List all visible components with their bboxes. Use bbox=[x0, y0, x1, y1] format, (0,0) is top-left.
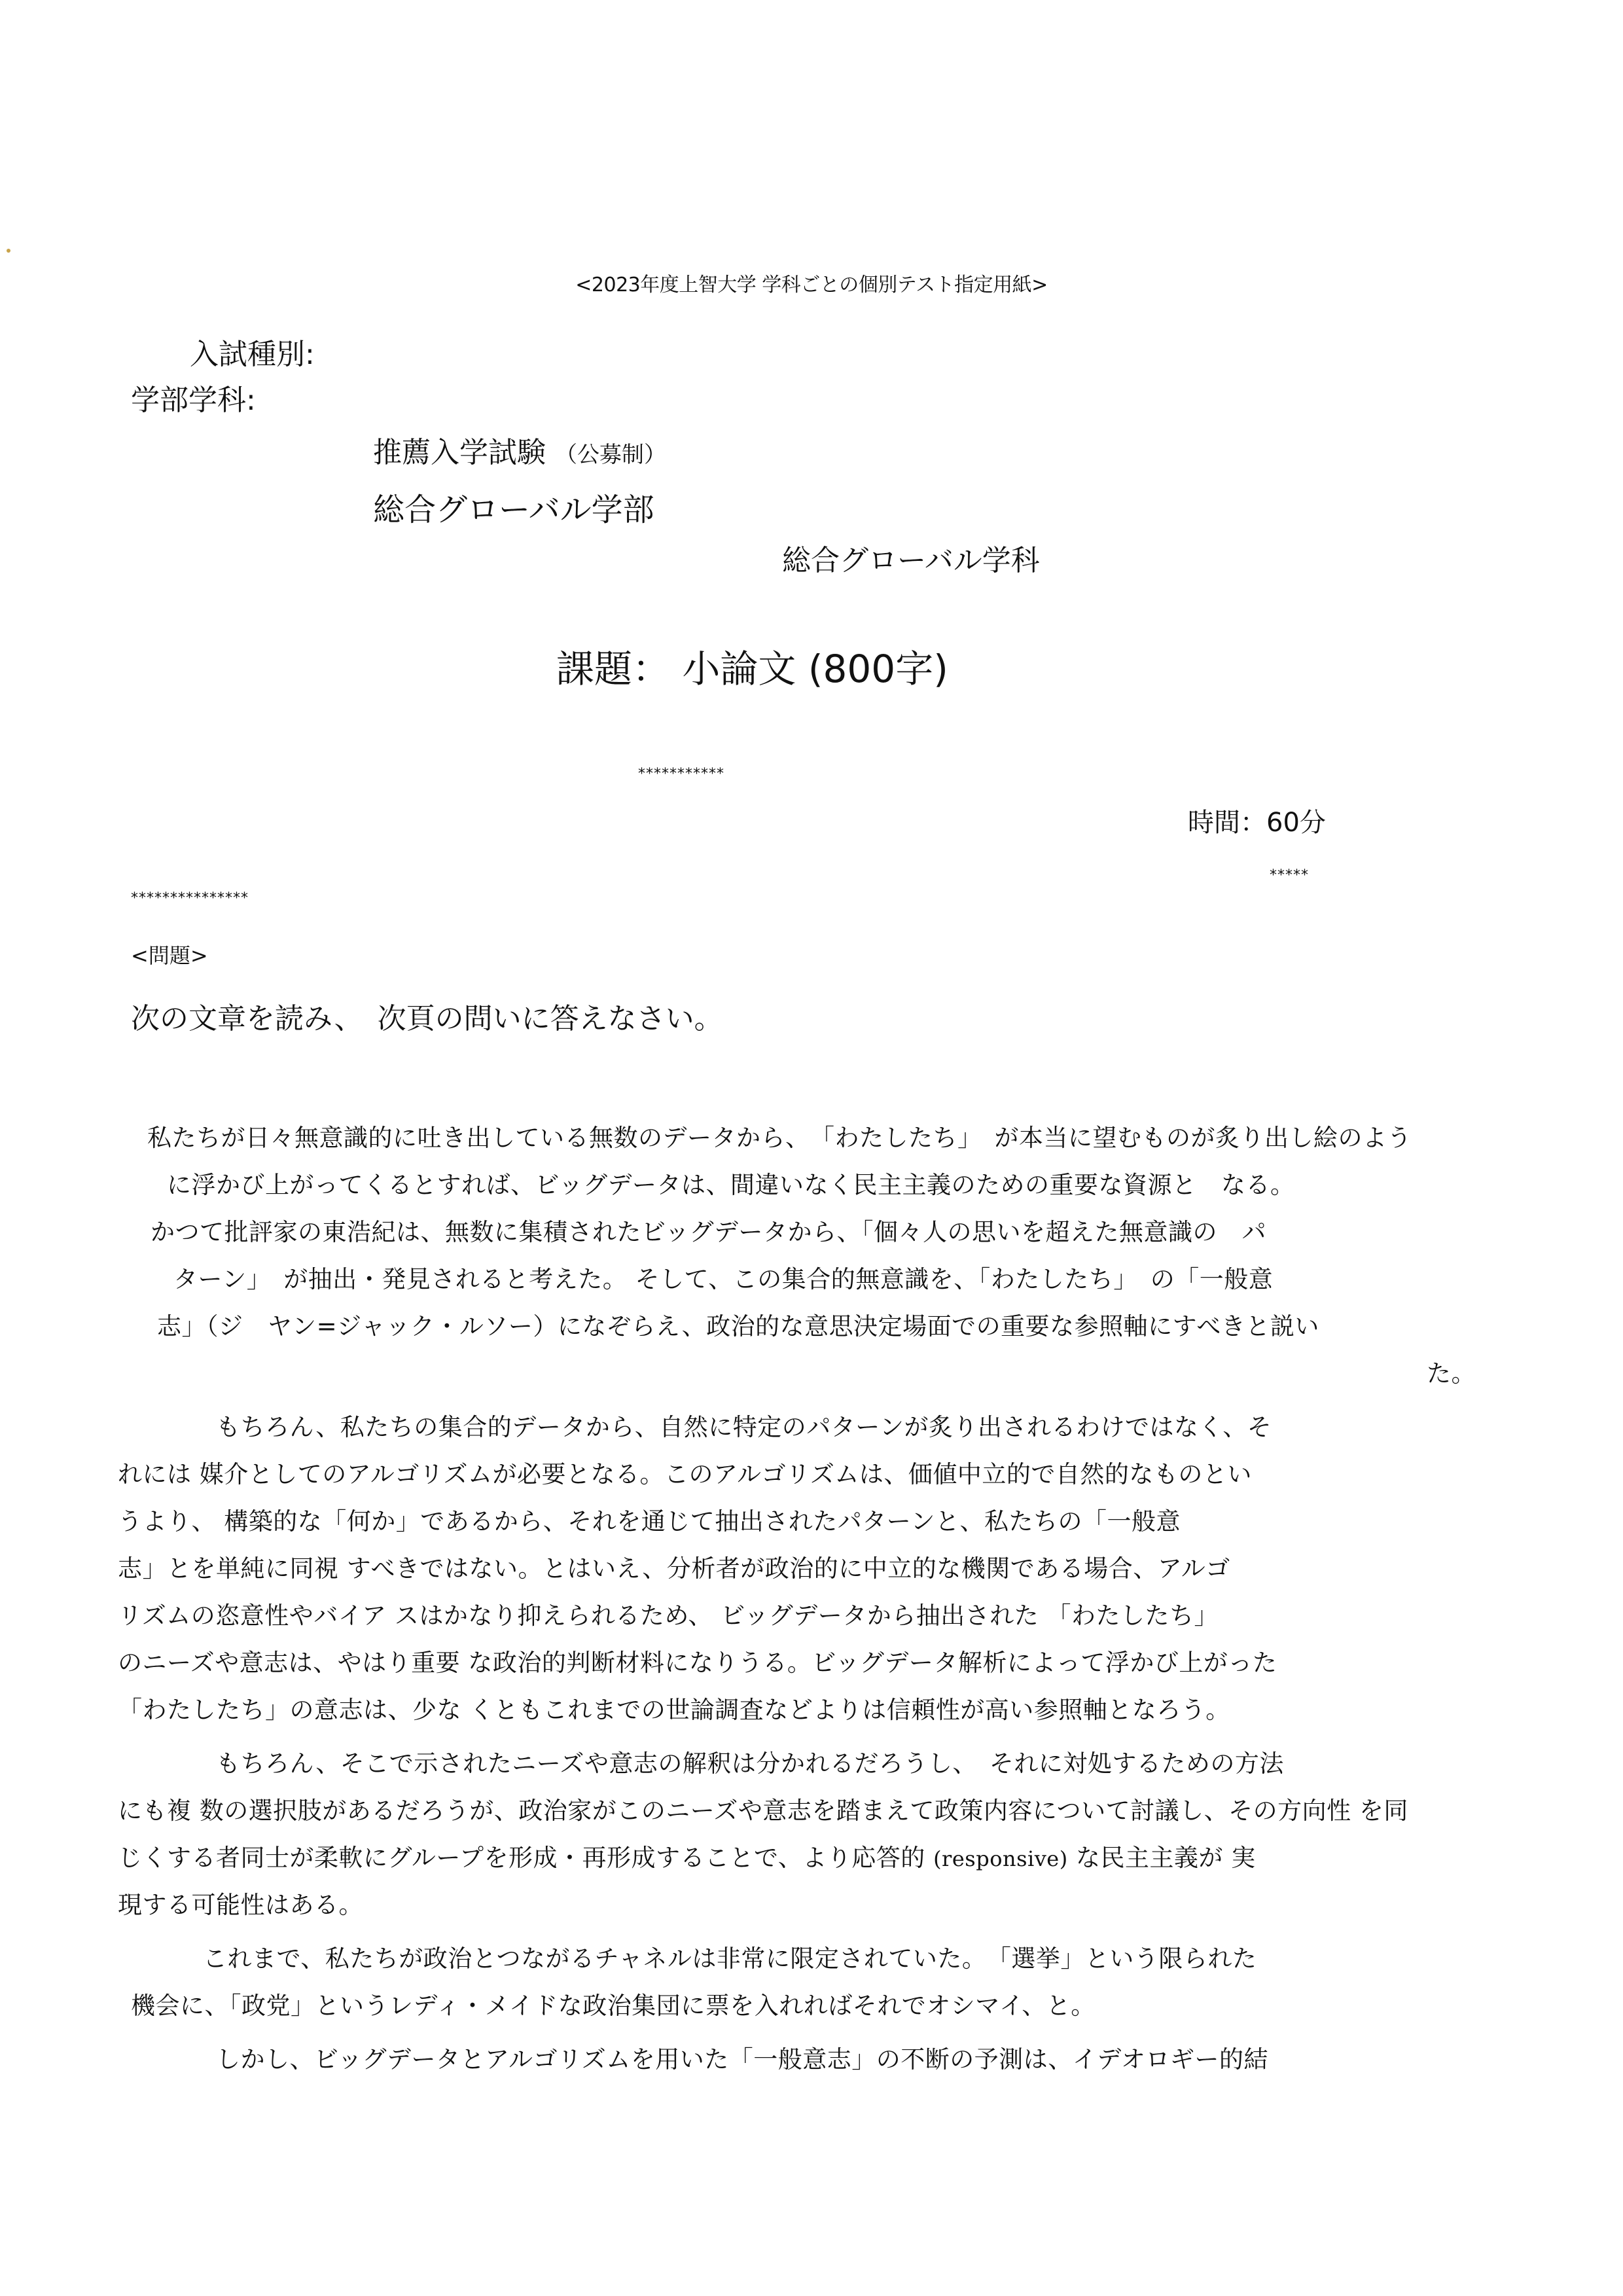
passage-line: 機会に、「政党」というレディ・メイドな政治集団に票を入れればそれでオシマイ、と。 bbox=[131, 1986, 1096, 2021]
passage-line: これまで、私たちが政治とつながるチャネルは非常に限定されていた。 「選挙」という… bbox=[203, 1939, 1257, 1974]
passage-line: ターン」 が抽出・発見されると考えた。 そして、この集合的無意識を、「わたしたち… bbox=[173, 1259, 1273, 1295]
department-value: 総合グローバル学科 bbox=[782, 537, 1040, 579]
passage-line: た。 bbox=[1427, 1354, 1476, 1389]
divider-stars: *********** bbox=[638, 766, 724, 782]
divider-stars: *************** bbox=[131, 890, 249, 906]
passage-line: 「わたしたち」の意志は、少な くともこれまでの世論調査などよりは信頼性が高い参照… bbox=[118, 1690, 1230, 1725]
divider-stars: ***** bbox=[1270, 867, 1309, 884]
passage-line: に浮かび上がってくるとすれば、ビッグデータは、間違いなく民主主義のための重要な資… bbox=[167, 1165, 1295, 1200]
passage-line: もちろん、そこで示されたニーズや意志の解釈は分かれるだろうし、 それに対処するた… bbox=[216, 1744, 1284, 1779]
problem-heading: <問題> bbox=[131, 939, 208, 969]
passage-text: じくする者同士が柔軟にグループを形成・再形成することで、より応答的 bbox=[118, 1844, 933, 1872]
passage-line: 私たちが日々無意識的に吐き出している無数のデータから、 「わたしたち」 が本当に… bbox=[147, 1118, 1412, 1153]
passage-line: しかし、ビッグデータとアルゴリズムを用いた「一般意志」の不断の予測は、イデオロギ… bbox=[216, 2039, 1268, 2075]
faculty-label: 学部学科: bbox=[131, 376, 256, 418]
passage-line: のニーズや意志は、やはり重要 な政治的判断材料になりうる。ビッグデータ解析によっ… bbox=[118, 1643, 1277, 1678]
passage-line: リズムの恣意性やバイア スはかなり抑えられるため、 ビッグデータから抽出された … bbox=[118, 1596, 1219, 1631]
time-limit: 時間：60分 bbox=[1188, 802, 1326, 839]
passage-line: 現する可能性はある。 bbox=[118, 1885, 363, 1920]
passage-line: れには 媒介としてのアルゴリズムが必要となる。このアルゴリズムは、価値中立的で自… bbox=[118, 1454, 1252, 1490]
sheet-header-note: <2023年度上智大学 学科ごとの個別テスト指定用紙> bbox=[0, 268, 1623, 297]
passage-line: かつて批評家の東浩紀は、無数に集積されたビッグデータから、「個々人の思いを超えた… bbox=[151, 1212, 1266, 1247]
problem-instruction: 次の文章を読み、 次頁の問いに答えなさい。 bbox=[131, 995, 723, 1037]
faculty-value: 総合グローバル学部 bbox=[373, 484, 654, 529]
latin-term: (responsive) bbox=[933, 1846, 1068, 1871]
passage-line: じくする者同士が柔軟にグループを形成・再形成することで、より応答的 (respo… bbox=[118, 1838, 1256, 1873]
subject-title: 課題： 小論文 (800字) bbox=[556, 638, 948, 693]
passage-text: な民主主義が 実 bbox=[1068, 1844, 1256, 1872]
exam-type-value: 推薦入学試験 （公募制） bbox=[373, 429, 666, 471]
exam-type-label: 入試種別: bbox=[190, 331, 315, 372]
scan-speck bbox=[7, 249, 10, 253]
passage-line: もちろん、私たちの集合的データから、自然に特定のパターンが炙り出されるわけではな… bbox=[216, 1407, 1272, 1443]
passage-line: 志」とを単純に同視 すべきではない。とはいえ、分析者が政治的に中立的な機関である… bbox=[118, 1549, 1230, 1584]
passage-line: にも複 数の選択肢があるだろうが、政治家がこのニーズや意志を踏まえて政策内容につ… bbox=[118, 1791, 1408, 1826]
exam-type-qualifier: （公募制） bbox=[555, 442, 666, 468]
passage-line: うより、 構築的な「何か」であるから、それを通じて抽出されたパターンと、私たちの… bbox=[118, 1501, 1181, 1537]
exam-type-name: 推薦入学試験 bbox=[373, 436, 546, 469]
passage-line: 志」（ジ ヤン=ジャック・ルソー）になぞらえ、政治的な意思決定場面での重要な参照… bbox=[157, 1306, 1319, 1342]
